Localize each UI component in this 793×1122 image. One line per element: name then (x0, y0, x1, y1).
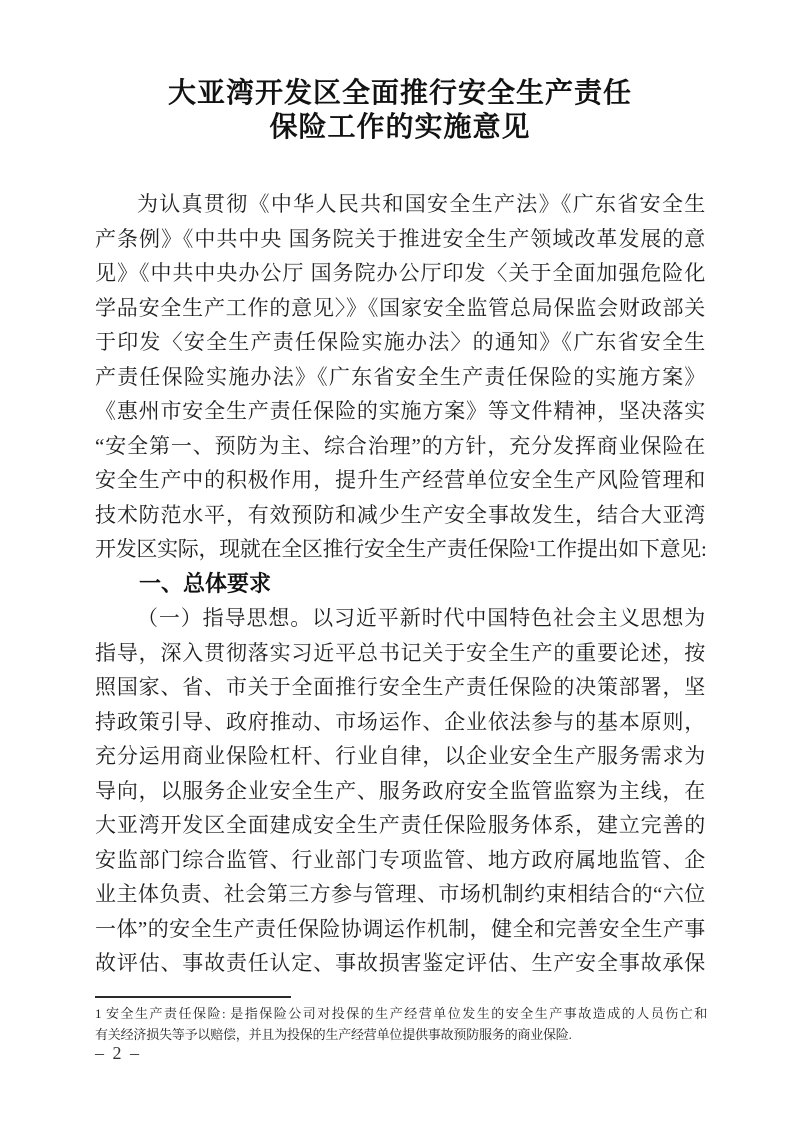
body-line: 于印发〈安全生产责任保险实施办法〉的通知》《广东省安全生 (95, 325, 705, 360)
footnote-line-1: 1 安全生产责任保险: 是指保险公司对投保的生产经营单位发生的安全生产事故造成的… (95, 1003, 707, 1024)
title-line-1: 大亚湾开发区全面推行安全生产责任 (95, 76, 705, 110)
body-line: 导向，以服务企业安全生产、服务政府安全监管监察为主线，在 (95, 774, 705, 809)
body-line: 《惠州市安全生产责任保险的实施方案》等文件精神，坚决落实 (95, 394, 705, 429)
document-title: 大亚湾开发区全面推行安全生产责任 保险工作的实施意见 (95, 76, 705, 144)
document-content: 大亚湾开发区全面推行安全生产责任 保险工作的实施意见 为认真贯彻《中华人民共和国… (95, 0, 705, 981)
body-line: 一体”的安全生产责任保险协调运作机制，健全和完善安全生产事 (95, 912, 705, 947)
body-line: 指导，深入贯彻落实习近平总书记关于安全生产的重要论述，按 (95, 636, 705, 671)
body-line: 持政策引导、政府推动、市场运作、企业依法参与的基本原则， (95, 705, 705, 740)
document-page: 大亚湾开发区全面推行安全生产责任 保险工作的实施意见 为认真贯彻《中华人民共和国… (0, 0, 793, 1122)
body-line: 产责任保险实施办法》《广东省安全生产责任保险的实施方案》 (95, 360, 705, 395)
footnote: 1 安全生产责任保险: 是指保险公司对投保的生产经营单位发生的安全生产事故造成的… (95, 996, 707, 1045)
body-line: “安全第一、预防为主、综合治理”的方针，充分发挥商业保险在 (95, 429, 705, 464)
footnote-separator (95, 996, 291, 998)
page-number: – 2 – (95, 1043, 141, 1064)
section-heading: 一、总体要求 (95, 567, 705, 602)
body-line: 为认真贯彻《中华人民共和国安全生产法》《广东省安全生 (95, 187, 705, 222)
body-line: 学品安全生产工作的意见〉》《国家安全监管总局保监会财政部关 (95, 291, 705, 326)
document-body: 为认真贯彻《中华人民共和国安全生产法》《广东省安全生 产条例》《中共中央 国务院… (95, 187, 705, 981)
body-line: 照国家、省、市关于全面推行安全生产责任保险的决策部署，坚 (95, 670, 705, 705)
paragraph-2: （一）指导思想。以习近平新时代中国特色社会主义思想为 指导，深入贯彻落实习近平总… (95, 601, 705, 981)
body-line: 大亚湾开发区全面建成安全生产责任保险服务体系，建立完善的 (95, 808, 705, 843)
paragraph-1: 为认真贯彻《中华人民共和国安全生产法》《广东省安全生 产条例》《中共中央 国务院… (95, 187, 705, 567)
body-line: 技术防范水平，有效预防和减少生产安全事故发生，结合大亚湾 (95, 498, 705, 533)
body-line: 安全生产中的积极作用，提升生产经营单位安全生产风险管理和 (95, 463, 705, 498)
body-line: 产条例》《中共中央 国务院关于推进安全生产领域改革发展的意 (95, 222, 705, 257)
body-line: （一）指导思想。以习近平新时代中国特色社会主义思想为 (95, 601, 705, 636)
footnote-line-2: 有关经济损失等予以赔偿，并且为投保的生产经营单位提供事故预防服务的商业保险. (95, 1024, 707, 1045)
body-line: 故评估、事故责任认定、事故损害鉴定评估、生产安全事故承保 (95, 946, 705, 981)
body-line: 安监部门综合监管、行业部门专项监管、地方政府属地监管、企 (95, 843, 705, 878)
body-line: 开发区实际，现就在全区推行安全生产责任保险¹工作提出如下意见: (95, 532, 705, 567)
title-line-2: 保险工作的实施意见 (95, 110, 705, 144)
body-line: 业主体负责、社会第三方参与管理、市场机制约束相结合的“六位 (95, 877, 705, 912)
body-line: 见》《中共中央办公厅 国务院办公厅印发〈关于全面加强危险化 (95, 256, 705, 291)
body-line: 充分运用商业保险杠杆、行业自律，以企业安全生产服务需求为 (95, 739, 705, 774)
